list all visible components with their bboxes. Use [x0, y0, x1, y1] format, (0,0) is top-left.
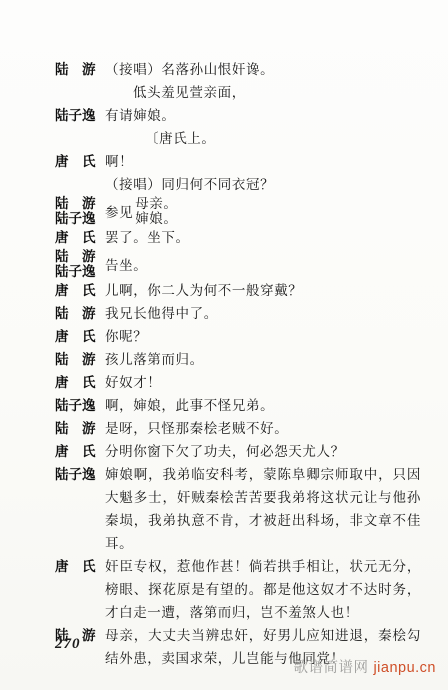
shared-dialogue-prefix: 参见 — [105, 201, 133, 221]
speaker-name: 陆 游 — [55, 196, 105, 211]
dialogue-options: 母亲。婶娘。 — [135, 196, 177, 226]
script-line: 唐 氏罢了。坐下。 — [55, 226, 421, 249]
script-line: 唐 氏奸臣专权，惹他作甚！倘若拱手相让，状元无分，榜眼、探花原是有望的。都是他这… — [55, 555, 421, 624]
speaker-name: 陆子逸 — [55, 463, 105, 486]
script-line-verse: 低头羞见萱亲面， — [55, 81, 421, 104]
dialogue-text: 儿啊，你二人为何不一般穿戴？ — [105, 279, 421, 302]
script-line: 陆子逸婶娘啊，我弟临安科考，蒙陈阜卿宗师取中，只因大魁多士，奸贼秦桧苦苦要我弟将… — [55, 463, 421, 555]
script-line: 陆子逸有请婶娘。 — [55, 104, 421, 127]
script-line: 唐 氏儿啊，你二人为何不一般穿戴？ — [55, 279, 421, 302]
dialogue-text: （接唱）名落孙山恨奸谗。 — [105, 58, 421, 81]
script-line: 陆 游（接唱）名落孙山恨奸谗。 — [55, 58, 421, 81]
speaker-name: 陆子逸 — [55, 211, 105, 226]
dialogue-text: 我兄长他得中了。 — [105, 302, 421, 325]
speaker-name: 唐 氏 — [55, 325, 105, 348]
dual-body: 告坐。 — [105, 254, 421, 274]
dialogue-option: 母亲。 — [135, 196, 177, 211]
speaker-name: 陆子逸 — [55, 264, 105, 279]
dual-speaker-names: 陆 游陆子逸 — [55, 249, 105, 279]
verse-text: 低头羞见萱亲面， — [105, 81, 421, 104]
verse-text: （接唱）同归何不同衣冠？ — [105, 173, 421, 196]
speaker-name: 陆 游 — [55, 417, 105, 440]
script-line-verse: （接唱）同归何不同衣冠？ — [55, 173, 421, 196]
speaker-name: 陆子逸 — [55, 104, 105, 127]
script-line-dual: 陆 游陆子逸参见母亲。婶娘。 — [55, 196, 421, 226]
dialogue-option: 婶娘。 — [135, 211, 177, 226]
script-line: 陆子逸啊，婶娘，此事不怪兄弟。 — [55, 394, 421, 417]
speaker-name: 唐 氏 — [55, 440, 105, 463]
dual-body: 参见母亲。婶娘。 — [105, 196, 421, 226]
dialogue-text: 好奴才！ — [105, 371, 421, 394]
script-line: 唐 氏啊！ — [55, 150, 421, 173]
script-line: 唐 氏好奴才！ — [55, 371, 421, 394]
stage-direction: 〔唐氏上。 — [55, 127, 421, 150]
dual-speaker-names: 陆 游陆子逸 — [55, 196, 105, 226]
speaker-name: 陆 游 — [55, 302, 105, 325]
speaker-name: 唐 氏 — [55, 279, 105, 302]
speaker-name: 唐 氏 — [55, 555, 105, 578]
dialogue-text: 啊！ — [105, 150, 421, 173]
watermark: 歌谱简谱网jianpu.cn — [293, 656, 436, 677]
script-line: 陆 游我兄长他得中了。 — [55, 302, 421, 325]
script-page: 陆 游（接唱）名落孙山恨奸谗。低头羞见萱亲面，陆子逸有请婶娘。〔唐氏上。唐 氏啊… — [0, 0, 448, 690]
speaker-name: 唐 氏 — [55, 226, 105, 249]
dialogue-text: 有请婶娘。 — [105, 104, 421, 127]
dialogue-text: 婶娘啊，我弟临安科考，蒙陈阜卿宗师取中，只因大魁多士，奸贼秦桧苦苦要我弟将这状元… — [105, 463, 421, 555]
dialogue-text: 告坐。 — [105, 254, 147, 274]
dialogue-text: 你呢？ — [105, 325, 421, 348]
script-line-dual: 陆 游陆子逸告坐。 — [55, 249, 421, 279]
dialogue-text: 罢了。坐下。 — [105, 226, 421, 249]
speaker-name: 陆 游 — [55, 348, 105, 371]
dialogue-text: 啊，婶娘，此事不怪兄弟。 — [105, 394, 421, 417]
speaker-name: 唐 氏 — [55, 150, 105, 173]
dialogue-text: 孩儿落第而归。 — [105, 348, 421, 371]
script-line: 唐 氏分明你窗下欠了功夫，何必怨天尤人？ — [55, 440, 421, 463]
watermark-site-name: 歌谱简谱网 — [293, 660, 368, 676]
script-line: 陆 游孩儿落第而归。 — [55, 348, 421, 371]
page-number: 270 — [55, 636, 81, 653]
dialogue-text: 奸臣专权，惹他作甚！倘若拱手相让，状元无分，榜眼、探花原是有望的。都是他这奴才不… — [105, 555, 421, 624]
speaker-name: 陆 游 — [55, 249, 105, 264]
speaker-name: 唐 氏 — [55, 371, 105, 394]
speaker-name: 陆 游 — [55, 58, 105, 81]
stage-direction-text: 〔唐氏上。 — [105, 127, 421, 150]
speaker-name: 陆子逸 — [55, 394, 105, 417]
script-body: 陆 游（接唱）名落孙山恨奸谗。低头羞见萱亲面，陆子逸有请婶娘。〔唐氏上。唐 氏啊… — [55, 58, 421, 670]
dialogue-text: 是呀，只怪那秦桧老贼不好。 — [105, 417, 421, 440]
dialogue-text: 分明你窗下欠了功夫，何必怨天尤人？ — [105, 440, 421, 463]
script-line: 陆 游是呀，只怪那秦桧老贼不好。 — [55, 417, 421, 440]
script-line: 唐 氏你呢？ — [55, 325, 421, 348]
watermark-domain: jianpu.cn — [373, 660, 436, 676]
